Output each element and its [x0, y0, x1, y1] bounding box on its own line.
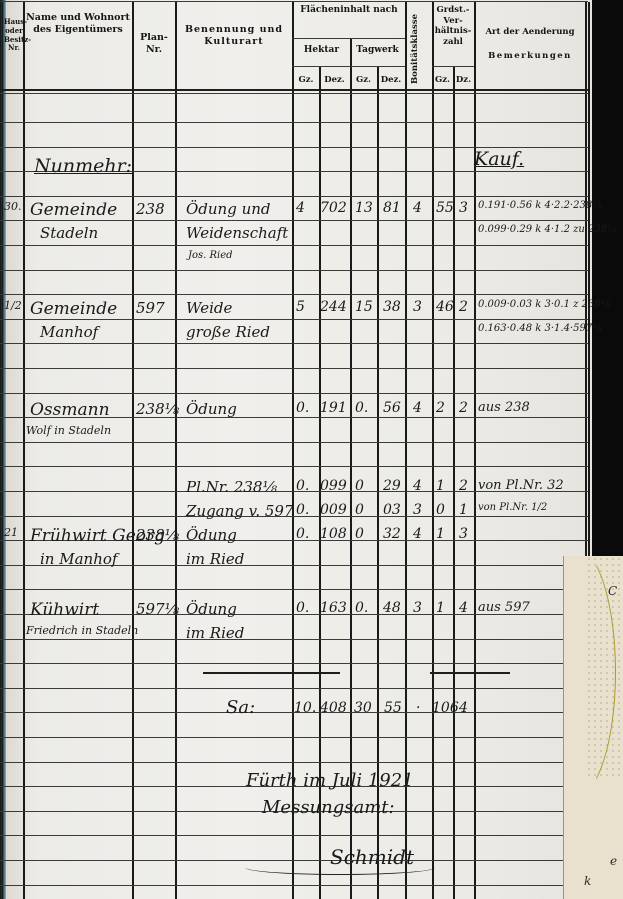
land-designation: Ödung und [186, 200, 271, 218]
hectare-whole: 0. [296, 478, 309, 494]
ledger-rule [0, 639, 563, 640]
hectare-decimal: 191 [320, 400, 347, 416]
tagwerk-decimal: 38 [383, 299, 401, 315]
ledger-rule [0, 270, 588, 271]
map-label-c: C [608, 584, 617, 598]
column-rule [2, 2, 3, 899]
tagwerk-decimal: 29 [383, 478, 401, 494]
tagwerk-decimal: 81 [383, 200, 401, 216]
tagwerk-whole: 0 [355, 478, 364, 494]
header-rule [292, 38, 405, 39]
sum-tw-gz: 30 [354, 700, 372, 716]
hectare-decimal: 702 [320, 200, 347, 216]
tagwerk-whole: 0. [355, 600, 368, 616]
hectare-whole: 0. [296, 526, 309, 542]
plan-number: 238⅛ [136, 526, 179, 544]
ledger-rule [0, 737, 563, 738]
hectare-whole: 0. [296, 400, 309, 416]
owner-residence: Wolf in Stadeln [26, 424, 111, 437]
ledger-rule [0, 885, 563, 886]
top-rule [0, 1, 588, 2]
owner-name: Kühwirt [30, 600, 99, 620]
ratio-decimal: 3 [459, 526, 468, 542]
ledger-rule [0, 712, 563, 713]
header-rule [432, 66, 474, 67]
column-rule [474, 2, 476, 899]
ledger-rule [0, 466, 588, 467]
land-designation-2: im Ried [186, 550, 244, 568]
ledger-rule [0, 220, 588, 221]
ratio-decimal: 4 [459, 600, 468, 616]
header-ha-dez: Dez. [319, 75, 350, 86]
soil-class: 3 [413, 600, 422, 616]
land-designation-3: Jos. Ried [188, 250, 233, 261]
ledger-rule [0, 442, 588, 443]
plan-number: 238 [136, 200, 165, 218]
hectare-whole: 0. [296, 600, 309, 616]
sum-ha-gz: 10. [294, 700, 316, 716]
ledger-rule [0, 663, 563, 664]
hectare-whole: 4 [296, 200, 305, 216]
remark-2: 0.163·0.48 k 3·1.4·597⅛ [478, 323, 602, 334]
sum-separator [203, 672, 340, 674]
ratio-decimal: 2 [459, 299, 468, 315]
place-date: Fürth im Juli 1921 [246, 770, 414, 791]
header-flaeche: Flächeninhalt nach [293, 5, 405, 16]
ratio-decimal: 2 [459, 400, 468, 416]
plan-number: 597 [136, 299, 165, 317]
plan-number: 597⅛ [136, 600, 179, 618]
column-rule [175, 2, 177, 899]
tagwerk-whole: 0 [355, 502, 364, 518]
tagwerk-whole: 15 [355, 299, 373, 315]
tagwerk-decimal: 48 [383, 600, 401, 616]
tagwerk-whole: 0 [355, 526, 364, 542]
owner-name: Gemeinde [30, 299, 117, 319]
signature-flourish [245, 860, 435, 875]
ratio-decimal: 1 [459, 502, 468, 518]
remark: von Pl.Nr. 1/2 [478, 502, 547, 513]
ratio-whole: 55 [436, 200, 454, 216]
sum-ver-gz: 106 [432, 700, 459, 716]
ledger-rule [0, 122, 588, 123]
owner-residence: Stadeln [40, 224, 98, 242]
sum-bonit: · [416, 700, 420, 716]
title-kauf: Kauf. [474, 148, 524, 170]
row-number: 1/2 [4, 299, 22, 312]
header-bemerkungen: Bemerkungen [476, 51, 584, 62]
tagwerk-decimal: 03 [383, 502, 401, 518]
office-name: Messungsamt: [262, 797, 395, 818]
ledger-page [0, 0, 592, 899]
hectare-decimal: 163 [320, 600, 347, 616]
ratio-whole: 2 [436, 400, 445, 416]
sum-separator [430, 672, 510, 674]
ratio-whole: 0 [436, 502, 445, 518]
hectare-decimal: 099 [320, 478, 347, 494]
title-nunmehr: Nunmehr: [34, 155, 132, 177]
soil-class: 4 [413, 526, 422, 542]
header-art: Art der Aenderung [476, 27, 584, 38]
land-designation: Weide [186, 299, 232, 317]
remark: von Pl.Nr. 32 [478, 478, 564, 493]
hectare-decimal: 009 [320, 502, 347, 518]
owner-name: Gemeinde [30, 200, 117, 220]
owner-residence: Friedrich in Stadeln [26, 624, 138, 637]
plan-number: 238⅛ [136, 400, 179, 418]
soil-class: 3 [413, 299, 422, 315]
header-name: Name und Wohnort des Eigentümers [25, 12, 131, 36]
header-plan: Plan- Nr. [134, 32, 174, 56]
hectare-decimal: 244 [320, 299, 347, 315]
soil-class: 4 [413, 478, 422, 494]
ledger-rule [0, 245, 588, 246]
header-bonitaet: Bonitätsklasse [410, 12, 421, 86]
map-boundary-curve [534, 546, 616, 798]
ledger-rule [0, 762, 563, 763]
remark: 0.191·0.56 k 4·2.2·238⅛ [478, 200, 602, 211]
ledger-rule [0, 319, 588, 320]
ledger-rule [0, 368, 588, 369]
land-designation: Zugang v. 597 [186, 502, 294, 520]
header-ver-dz: Dz. [453, 75, 474, 86]
map-fragment: C e k [563, 556, 623, 899]
header-ha-gz: Gz. [293, 75, 319, 86]
soil-class: 4 [413, 200, 422, 216]
hectare-whole: 5 [296, 299, 305, 315]
land-designation: Ödung [186, 600, 237, 618]
ratio-whole: 1 [436, 600, 445, 616]
owner-name: Ossmann [30, 400, 110, 420]
hectare-whole: 0. [296, 502, 309, 518]
land-designation: Ödung [186, 526, 237, 544]
ratio-whole: 1 [436, 478, 445, 494]
ledger-rule [0, 688, 563, 689]
header-hektar: Hektar [293, 45, 350, 56]
owner-residence: in Manhof [40, 550, 117, 568]
ratio-whole: 46 [436, 299, 454, 315]
row-number: 30. [4, 200, 22, 213]
ratio-decimal: 3 [459, 200, 468, 216]
sum-tw-dez: 55 [384, 700, 402, 716]
hectare-decimal: 108 [320, 526, 347, 542]
tagwerk-whole: 13 [355, 200, 373, 216]
header-bottom-rule [0, 89, 588, 91]
ledger-rule [0, 196, 588, 197]
header-rule [292, 66, 405, 67]
remark: aus 238 [478, 400, 530, 415]
column-rule [432, 2, 434, 899]
header-grdst: Grdst.- Ver- hältnis- zahl [432, 5, 474, 48]
tagwerk-decimal: 32 [383, 526, 401, 542]
land-designation: Ödung [186, 400, 237, 418]
ledger-rule [0, 589, 563, 590]
column-rule [453, 66, 455, 899]
ledger-rule [0, 343, 588, 344]
column-rule [132, 2, 134, 899]
column-rule [405, 2, 407, 899]
sum-label: Sa: [226, 697, 255, 718]
remark: aus 597 [478, 600, 530, 615]
owner-residence: Manhof [40, 323, 98, 341]
column-rule [23, 2, 25, 899]
tagwerk-whole: 0. [355, 400, 368, 416]
soil-class: 4 [413, 400, 422, 416]
land-designation: Pl.Nr. 238⅛ [186, 478, 277, 496]
land-designation-2: große Ried [186, 323, 270, 341]
row-number: 21 [4, 526, 18, 539]
map-label-k: k [584, 874, 591, 888]
land-designation-2: im Ried [186, 624, 244, 642]
sum-ver-dz: 4 [459, 700, 468, 716]
remark: 0.009·0.03 k 3·0.1 z 238⅛ [478, 299, 610, 310]
header-hausnr: Haus- oder Besitz- Nr. [4, 18, 24, 53]
ledger-rule [0, 835, 563, 836]
ledger-rule [0, 393, 588, 394]
header-tw-dez: Dez. [377, 75, 405, 86]
header-benennung: Benennung und Kulturart [177, 24, 291, 48]
header-tagwerk: Tagwerk [350, 45, 405, 56]
column-rule [292, 2, 294, 899]
ledger-rule [0, 516, 588, 517]
tagwerk-decimal: 56 [383, 400, 401, 416]
soil-class: 3 [413, 502, 422, 518]
ratio-whole: 1 [436, 526, 445, 542]
map-label-e: e [610, 854, 617, 868]
header-bottom-rule [0, 93, 588, 94]
header-ver-gz: Gz. [432, 75, 453, 86]
header-tw-gz: Gz. [350, 75, 377, 86]
ratio-decimal: 2 [459, 478, 468, 494]
remark-2: 0.099·0.29 k 4·1.2 zu 238⅛ [478, 224, 617, 235]
sum-ha-dez: 408 [320, 700, 347, 716]
land-designation-2: Weidenschaft [186, 224, 288, 242]
ledger-rule [0, 294, 588, 295]
